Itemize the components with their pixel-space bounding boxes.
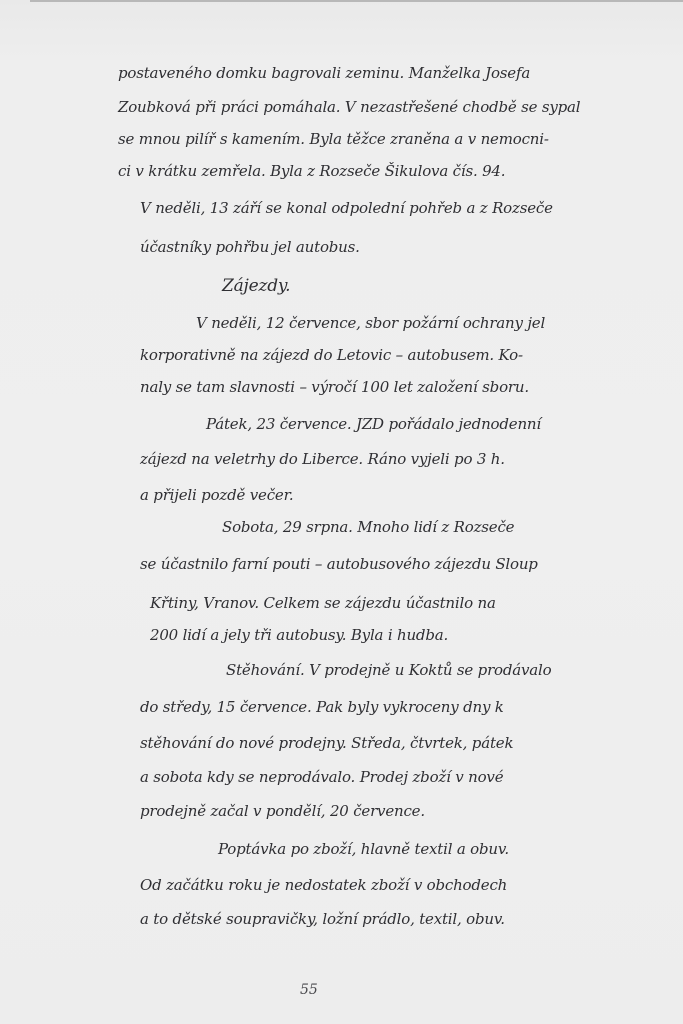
text-line: prodejně začal v pondělí, 20 července.	[140, 802, 425, 820]
page-top-edge	[30, 0, 683, 2]
text-line: Od začátku roku je nedostatek zboží v ob…	[140, 876, 507, 894]
text-line: se účastnilo farní pouti – autobusového …	[140, 555, 538, 573]
section-heading-zajezdy: Zájezdy.	[222, 276, 290, 296]
text-line: a sobota kdy se neprodávalo. Prodej zbož…	[140, 768, 503, 786]
text-line: se mnou pilíř s kamením. Byla těžce zran…	[118, 130, 549, 148]
text-line: korporativně na zájezd do Letovic – auto…	[140, 346, 523, 364]
text-line: 200 lidí a jely tři autobusy. Byla i hud…	[150, 626, 448, 644]
text-line: zájezd na veletrhy do Liberce. Ráno vyje…	[140, 450, 505, 468]
text-line: do středy, 15 července. Pak byly vykroce…	[140, 698, 504, 716]
text-line: a to dětské soupravičky, ložní prádlo, t…	[140, 910, 505, 928]
text-line: naly se tam slavnosti – výročí 100 let z…	[140, 378, 529, 396]
text-line: V neděli, 12 července, sbor požární ochr…	[196, 314, 545, 332]
text-line: Poptávka po zboží, hlavně textil a obuv.	[218, 840, 509, 858]
text-line: Zoubková při práci pomáhala. V nezastřeš…	[118, 98, 580, 116]
text-line: ci v krátku zemřela. Byla z Rozseče Šiku…	[118, 162, 505, 180]
page-number: 55	[300, 982, 318, 998]
text-line: stěhování do nové prodejny. Středa, čtvr…	[140, 734, 513, 752]
text-line: Sobota, 29 srpna. Mnoho lidí z Rozseče	[222, 518, 514, 536]
text-line: V neděli, 13 září se konal odpolední poh…	[140, 199, 553, 217]
text-line: Pátek, 23 července. JZD pořádalo jednode…	[206, 415, 541, 433]
scanned-page: postaveného domku bagrovali zeminu. Manž…	[0, 0, 683, 1024]
text-line: a přijeli pozdě večer.	[140, 486, 293, 504]
text-line: postaveného domku bagrovali zeminu. Manž…	[118, 64, 530, 82]
text-line: Křtiny, Vranov. Celkem se zájezdu účastn…	[150, 594, 496, 612]
section-heading-stehovani: Stěhování. V prodejně u Koktů se prodáva…	[226, 661, 551, 679]
text-line: účastníky pohřbu jel autobus.	[140, 238, 360, 256]
